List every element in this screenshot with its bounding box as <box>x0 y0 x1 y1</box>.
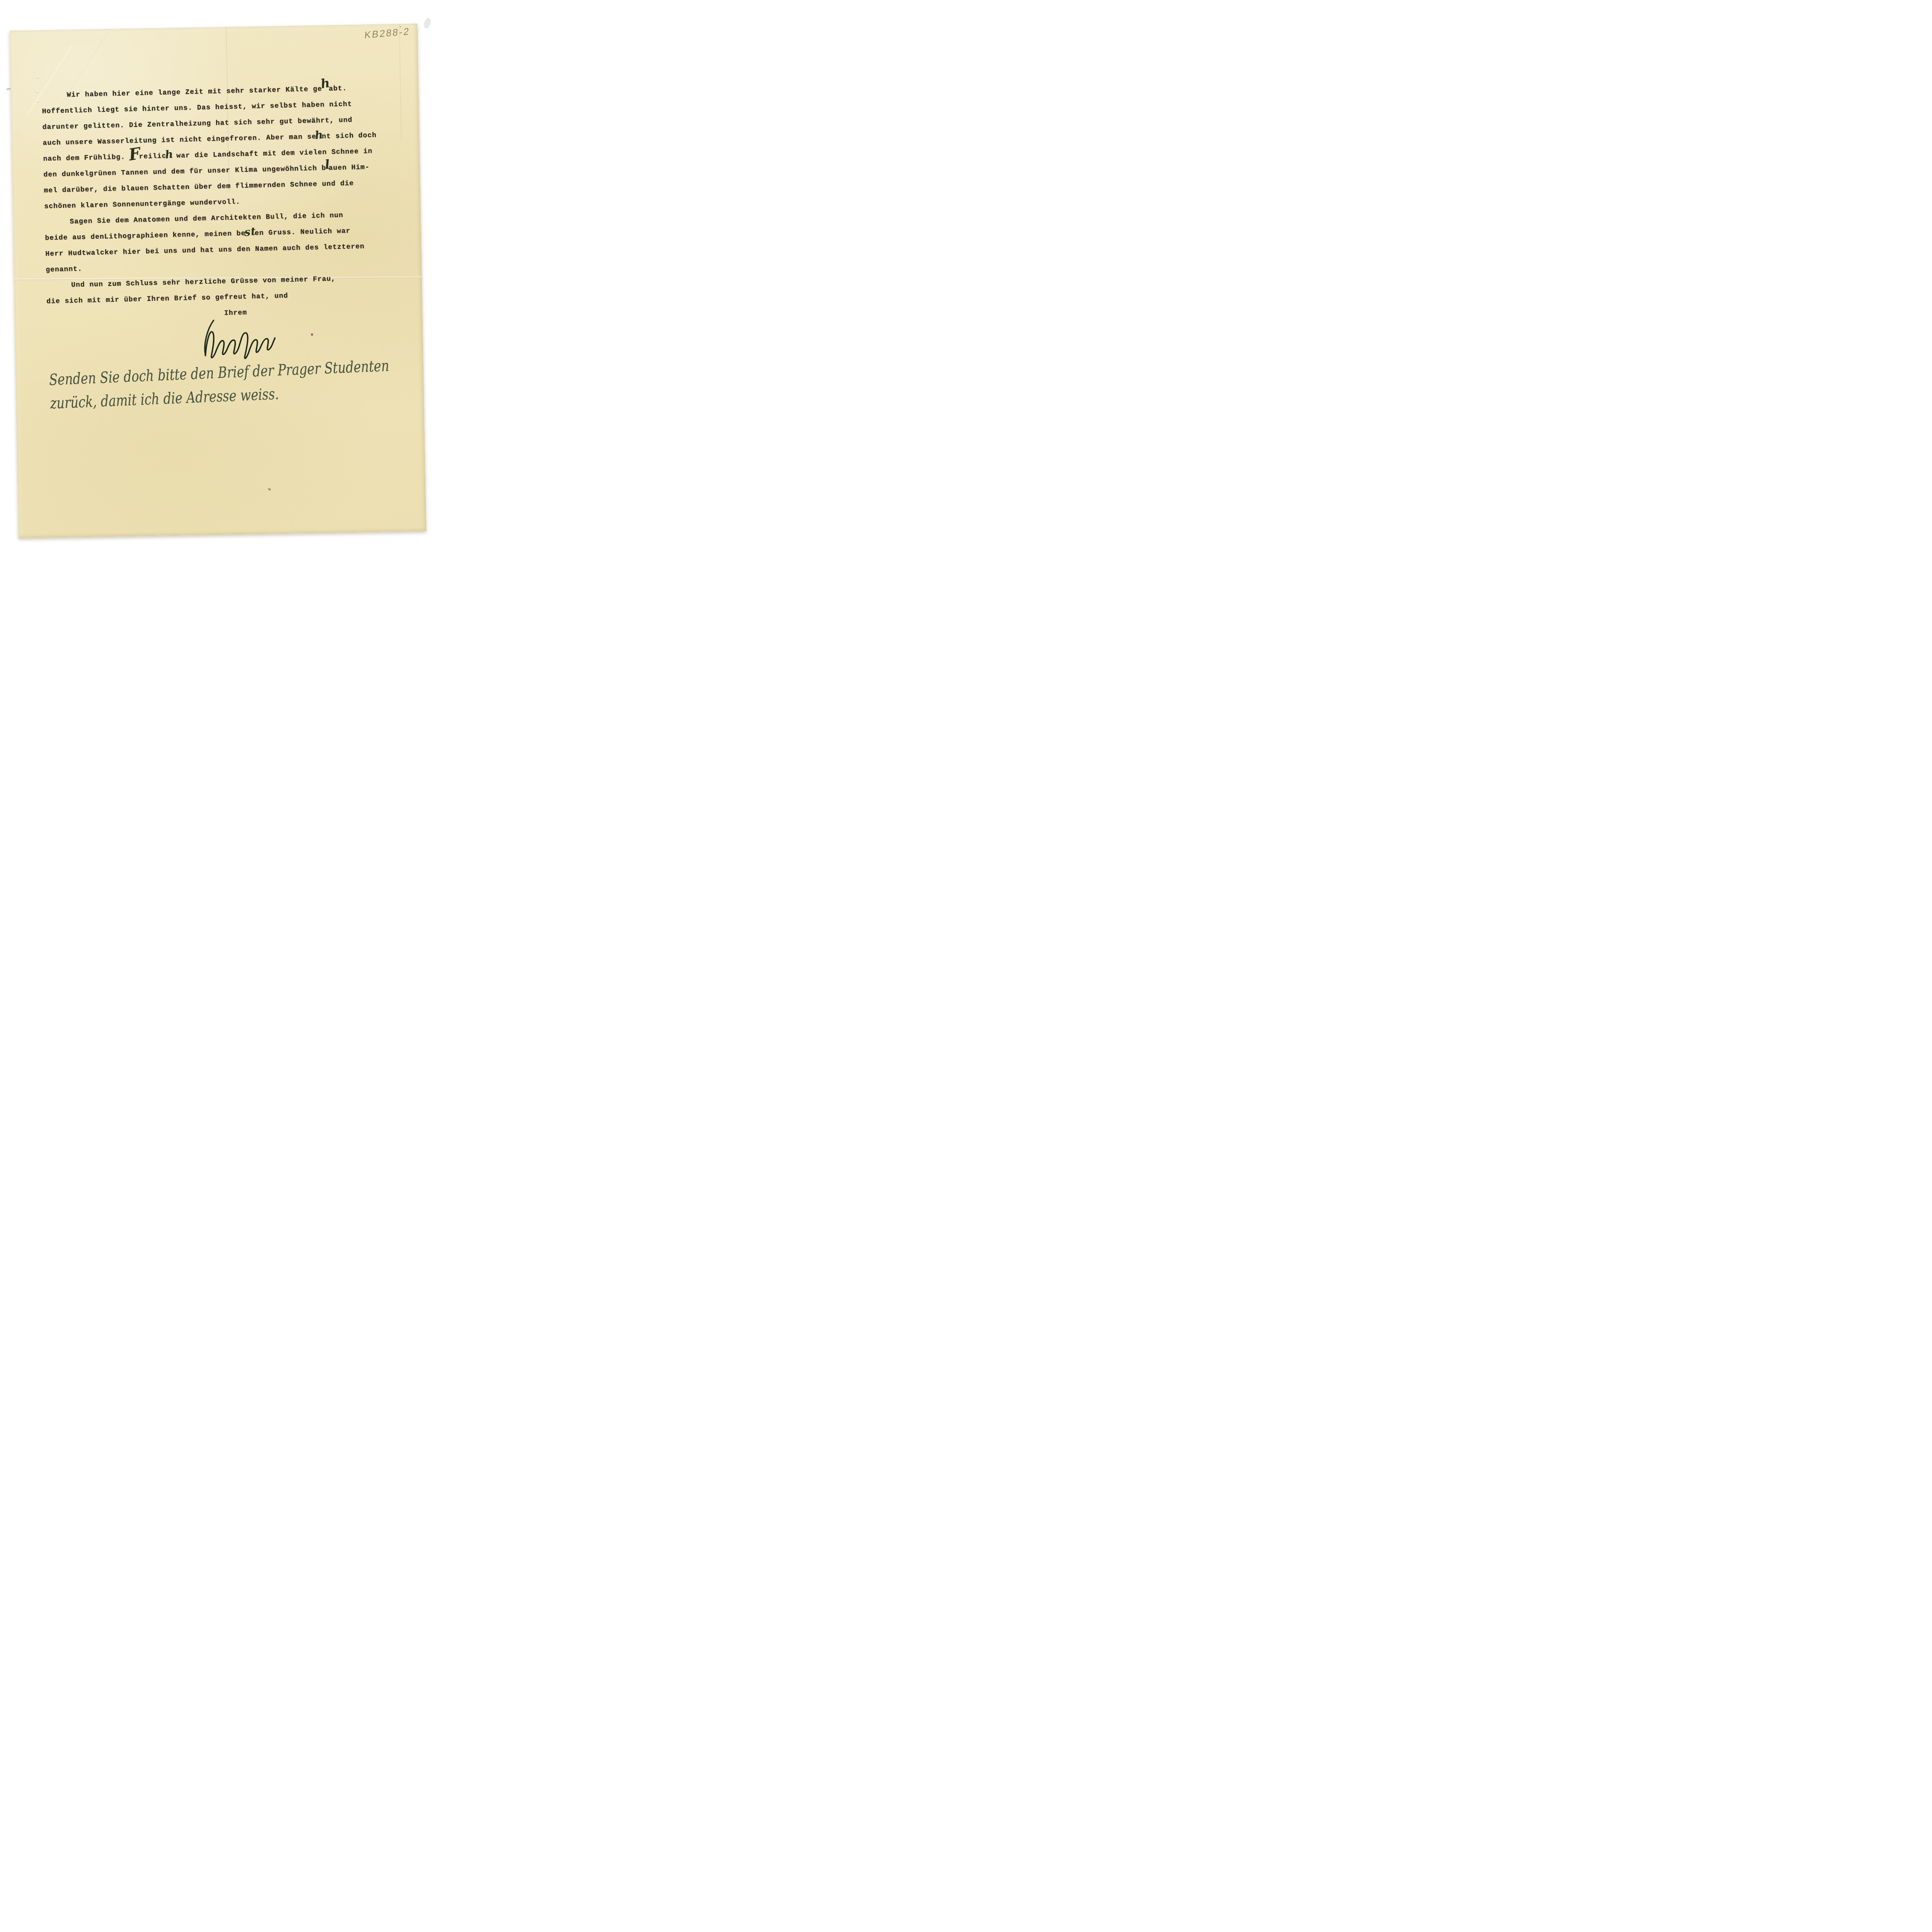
typed-text: auen Him- <box>328 163 370 172</box>
handwritten-correction: h <box>321 83 330 84</box>
typed-text: nt sich doch <box>322 132 377 141</box>
typed-text: mel darüber, die blauen Schatten über de… <box>44 180 354 195</box>
typed-text: reilic <box>139 152 166 161</box>
typed-text: Herr Hudtwalcker hier bei uns und hat un… <box>45 243 364 258</box>
handwritten-correction: l <box>325 164 330 165</box>
pinhole <box>36 90 38 93</box>
typed-text: nach dem Frühlibg. <box>43 153 130 163</box>
ink-speck-red <box>311 333 313 336</box>
typed-text: Wir haben hier eine lange Zeit mit sehr … <box>66 85 322 99</box>
pinhole <box>37 76 39 78</box>
typed-text: Ihrem <box>224 309 247 317</box>
typed-text: abt. <box>328 85 347 93</box>
archive-mark: KB288-2 <box>364 26 410 41</box>
pinhole <box>37 100 39 102</box>
letter-body: Wir haben hier eine lange Zeit mit sehr … <box>41 80 410 326</box>
scan-background: KB288-2 Wir haben hier eine lange Zeit m… <box>0 0 435 549</box>
typed-text: war die Landschaft mit dem vielen Schnee… <box>172 148 372 160</box>
typed-text: beide aus denLithographieen kenne, meine… <box>45 230 246 242</box>
typed-text: den dunkelgrünen Tannen und dem für unse… <box>43 165 326 179</box>
typed-text: genannt. <box>46 265 82 274</box>
paper-speck <box>268 488 271 491</box>
typed-text: auch unsere Wasserleitung ist nicht eing… <box>43 133 316 147</box>
letter-paper: KB288-2 Wir haben hier eine lange Zeit m… <box>10 24 427 538</box>
handwritten-correction: h <box>165 154 173 155</box>
typed-text: die sich mit mir über Ihren Brief so gef… <box>46 292 288 306</box>
typed-text: schönen klaren Sonnenuntergänge wundervo… <box>44 198 240 211</box>
scanner-smudge <box>423 17 432 29</box>
handwritten-correction: h <box>315 135 323 136</box>
typed-text: Und nun zum Schluss sehr herzliche Grüss… <box>71 275 336 289</box>
typed-text: en Gruss. Neulich war <box>255 227 350 237</box>
postscript: Senden Sie doch bitte den Brief der Prag… <box>49 351 435 416</box>
handwritten-correction: F <box>129 153 141 155</box>
handwritten-correction: st <box>245 231 257 233</box>
typed-text: Sagen Sie dem Anatomen und dem Architekt… <box>70 212 343 226</box>
